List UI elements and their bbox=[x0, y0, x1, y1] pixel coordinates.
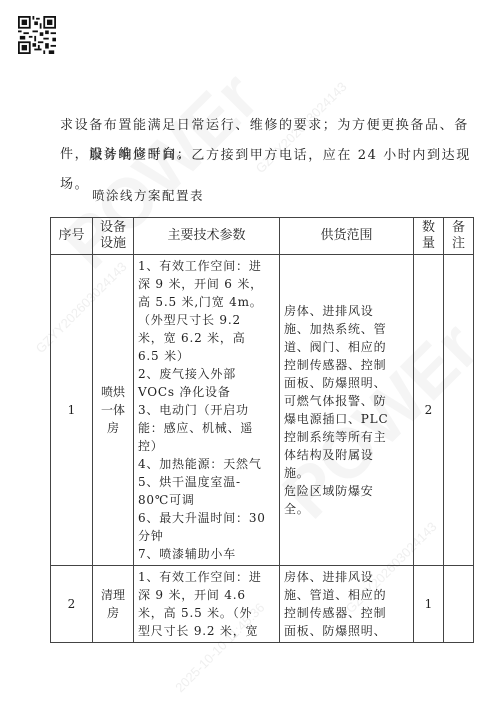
cell-index: 2 bbox=[51, 566, 93, 643]
cell-device: 喷烘 一体 房 bbox=[93, 255, 134, 566]
cell-supply-scope: 房体、进排风设 施、管道、相应的 控制传感器、控制 面板、防爆照明、 bbox=[280, 566, 414, 643]
cell-params: 1、有效工作空间：进 深 9 米，开间 6 米， 高 5.5 米,门宽 4m。 … bbox=[134, 255, 280, 566]
cell-index: 1 bbox=[51, 255, 93, 566]
cell-quantity: 2 bbox=[414, 255, 444, 566]
cell-quantity: 1 bbox=[414, 566, 444, 643]
cell-params: 1、有效工作空间：进 深 9 米，开间 4.6 米，高 5.5 米。（外 型尺寸… bbox=[134, 566, 280, 643]
cell-device: 清理 房 bbox=[93, 566, 134, 643]
table-caption: 喷涂线方案配置表 bbox=[92, 186, 204, 204]
header-quantity: 数量 bbox=[414, 218, 444, 255]
header-device: 设备设施 bbox=[93, 218, 134, 255]
cell-remark bbox=[444, 566, 474, 643]
header-supply-scope: 供货范围 bbox=[280, 218, 414, 255]
table-header-row: 序号 设备设施 主要技术参数 供货范围 数量 备注 bbox=[51, 218, 474, 255]
cell-remark bbox=[444, 255, 474, 566]
spray-line-config-table: 序号 设备设施 主要技术参数 供货范围 数量 备注 1 喷烘 一体 房 1、有效… bbox=[50, 217, 474, 643]
header-params: 主要技术参数 bbox=[134, 218, 280, 255]
text-line: 服务响应时间：乙方接到甲方电话，应在 24 小时内到达现 bbox=[60, 141, 480, 170]
header-remark: 备注 bbox=[444, 218, 474, 255]
table-row: 2 清理 房 1、有效工作空间：进 深 9 米，开间 4.6 米，高 5.5 米… bbox=[51, 566, 474, 643]
qr-code-icon bbox=[18, 16, 56, 54]
header-index: 序号 bbox=[51, 218, 93, 255]
text-line: 求设备布置能满足日常运行、维修的要求；为方便更换备品、备 bbox=[60, 111, 480, 140]
cell-supply-scope: 房体、进排风设 施、加热系统、管 道、阀门、相应的 控制传感器、控制 面板、防爆… bbox=[280, 255, 414, 566]
table-row: 1 喷烘 一体 房 1、有效工作空间：进 深 9 米，开间 6 米， 高 5.5… bbox=[51, 255, 474, 566]
